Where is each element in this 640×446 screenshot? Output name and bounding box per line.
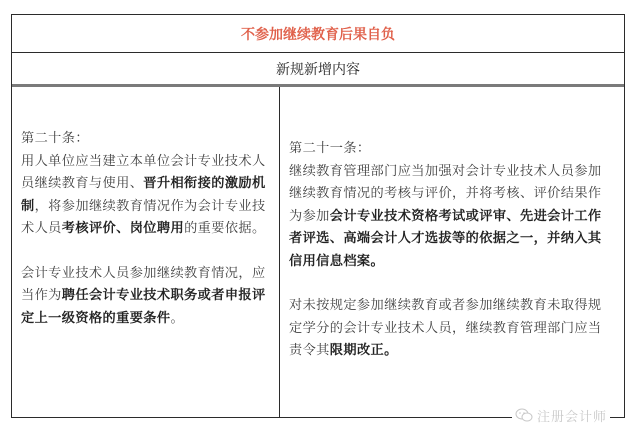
article-20-paragraph-2: 会计专业技术人员参加继续教育情况，应当作为聘任会计专业技术职务或者申报评定上一级… <box>21 263 271 331</box>
article-21-cell: 第二十一条： 继续教育管理部门应当加强对会计专业技术人员参加继续教育情况的考核与… <box>280 87 624 417</box>
article-20-paragraph-1: 用人单位应当建立本单位会计专业技术人员继续教育与使用、晋升相衔接的激励机制，将参… <box>21 151 271 241</box>
wechat-icon <box>515 408 533 422</box>
table-title: 不参加继续教育后果自负 <box>241 24 395 44</box>
watermark-text: 注册会计师 <box>537 406 607 425</box>
article-20-cell: 第二十条： 用人单位应当建立本单位会计专业技术人员继续教育与使用、晋升相衔接的激… <box>12 87 280 417</box>
table-title-row: 不参加继续教育后果自负 <box>12 15 624 53</box>
article-21-heading: 第二十一条： <box>289 138 614 161</box>
body-text: 。 <box>170 311 184 326</box>
emphasized-text: 限期改正。 <box>330 343 398 358</box>
emphasized-text: 会计专业技术资格考试或评审、先进会计工作者评选、高端会计人才选拔等的依据之一，并… <box>289 209 602 269</box>
article-20-heading: 第二十条： <box>21 128 271 151</box>
watermark: 注册会计师 <box>512 405 610 425</box>
article-21-paragraph-2: 对未按规定参加继续教育或者参加继续教育未取得规定学分的会计专业技术人员，继续教育… <box>289 295 614 363</box>
article-21-paragraph-1: 继续教育管理部门应当加强对会计专业技术人员参加继续教育情况的考核与评价，并将考核… <box>289 161 614 274</box>
regulation-table: 不参加继续教育后果自负 新规新增内容 第二十条： 用人单位应当建立本单位会计专业… <box>11 14 625 418</box>
table-subtitle: 新规新增内容 <box>276 59 360 79</box>
content-columns: 第二十条： 用人单位应当建立本单位会计专业技术人员继续教育与使用、晋升相衔接的激… <box>12 87 624 417</box>
emphasized-text: 考核评价、岗位聘用 <box>62 221 184 236</box>
body-text: 的重要依据。 <box>184 221 266 236</box>
table-subtitle-row: 新规新增内容 <box>12 53 624 87</box>
